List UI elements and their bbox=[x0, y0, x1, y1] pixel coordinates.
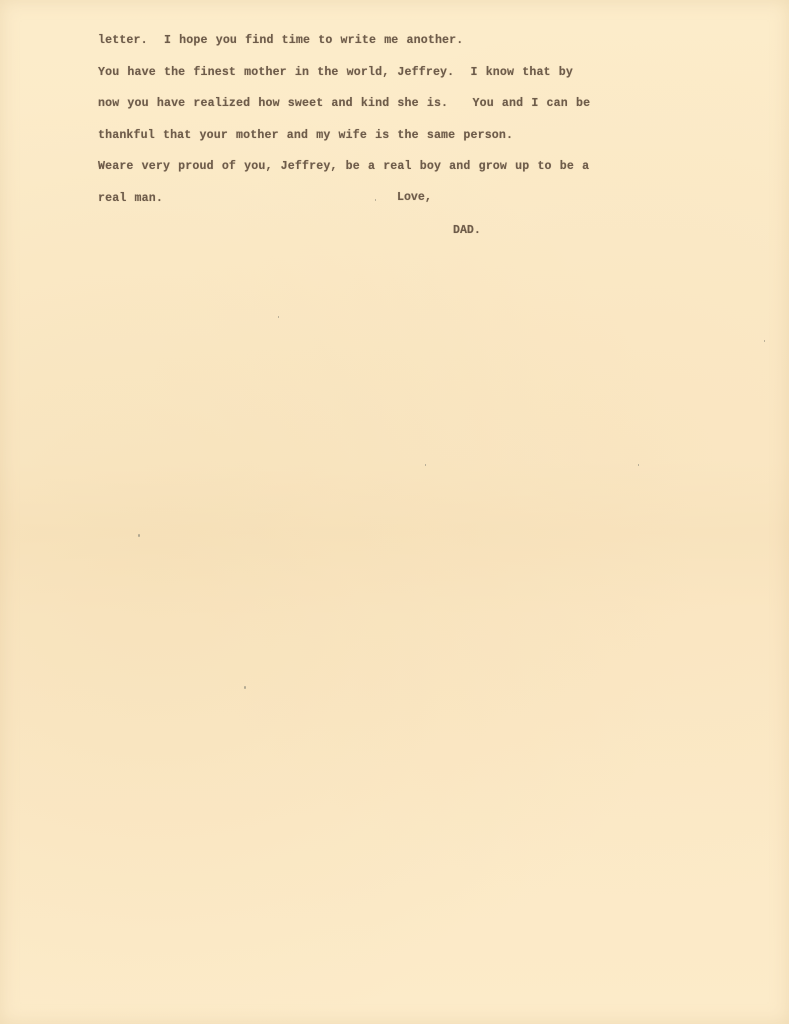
letter-closing: Love, bbox=[397, 188, 432, 208]
paper-speck bbox=[244, 686, 246, 689]
paper-speck bbox=[764, 340, 765, 342]
letter-line: Weare very proud of you, Jeffrey, be a r… bbox=[98, 157, 738, 189]
letter-line: now you have realized how sweet and kind… bbox=[98, 94, 738, 126]
letter-line: thankful that your mother and my wife is… bbox=[98, 126, 738, 158]
paper-speck bbox=[638, 464, 639, 466]
letter-line: letter. I hope you find time to write me… bbox=[98, 31, 738, 63]
letter-line: You have the finest mother in the world,… bbox=[98, 63, 738, 95]
paper-speck bbox=[425, 464, 426, 466]
paper-speck bbox=[375, 199, 376, 201]
paper-speck bbox=[278, 316, 279, 318]
letter-signature: DAD. bbox=[453, 221, 481, 241]
letter-page: letter. I hope you find time to write me… bbox=[0, 0, 789, 1024]
paper-speck bbox=[138, 534, 140, 537]
